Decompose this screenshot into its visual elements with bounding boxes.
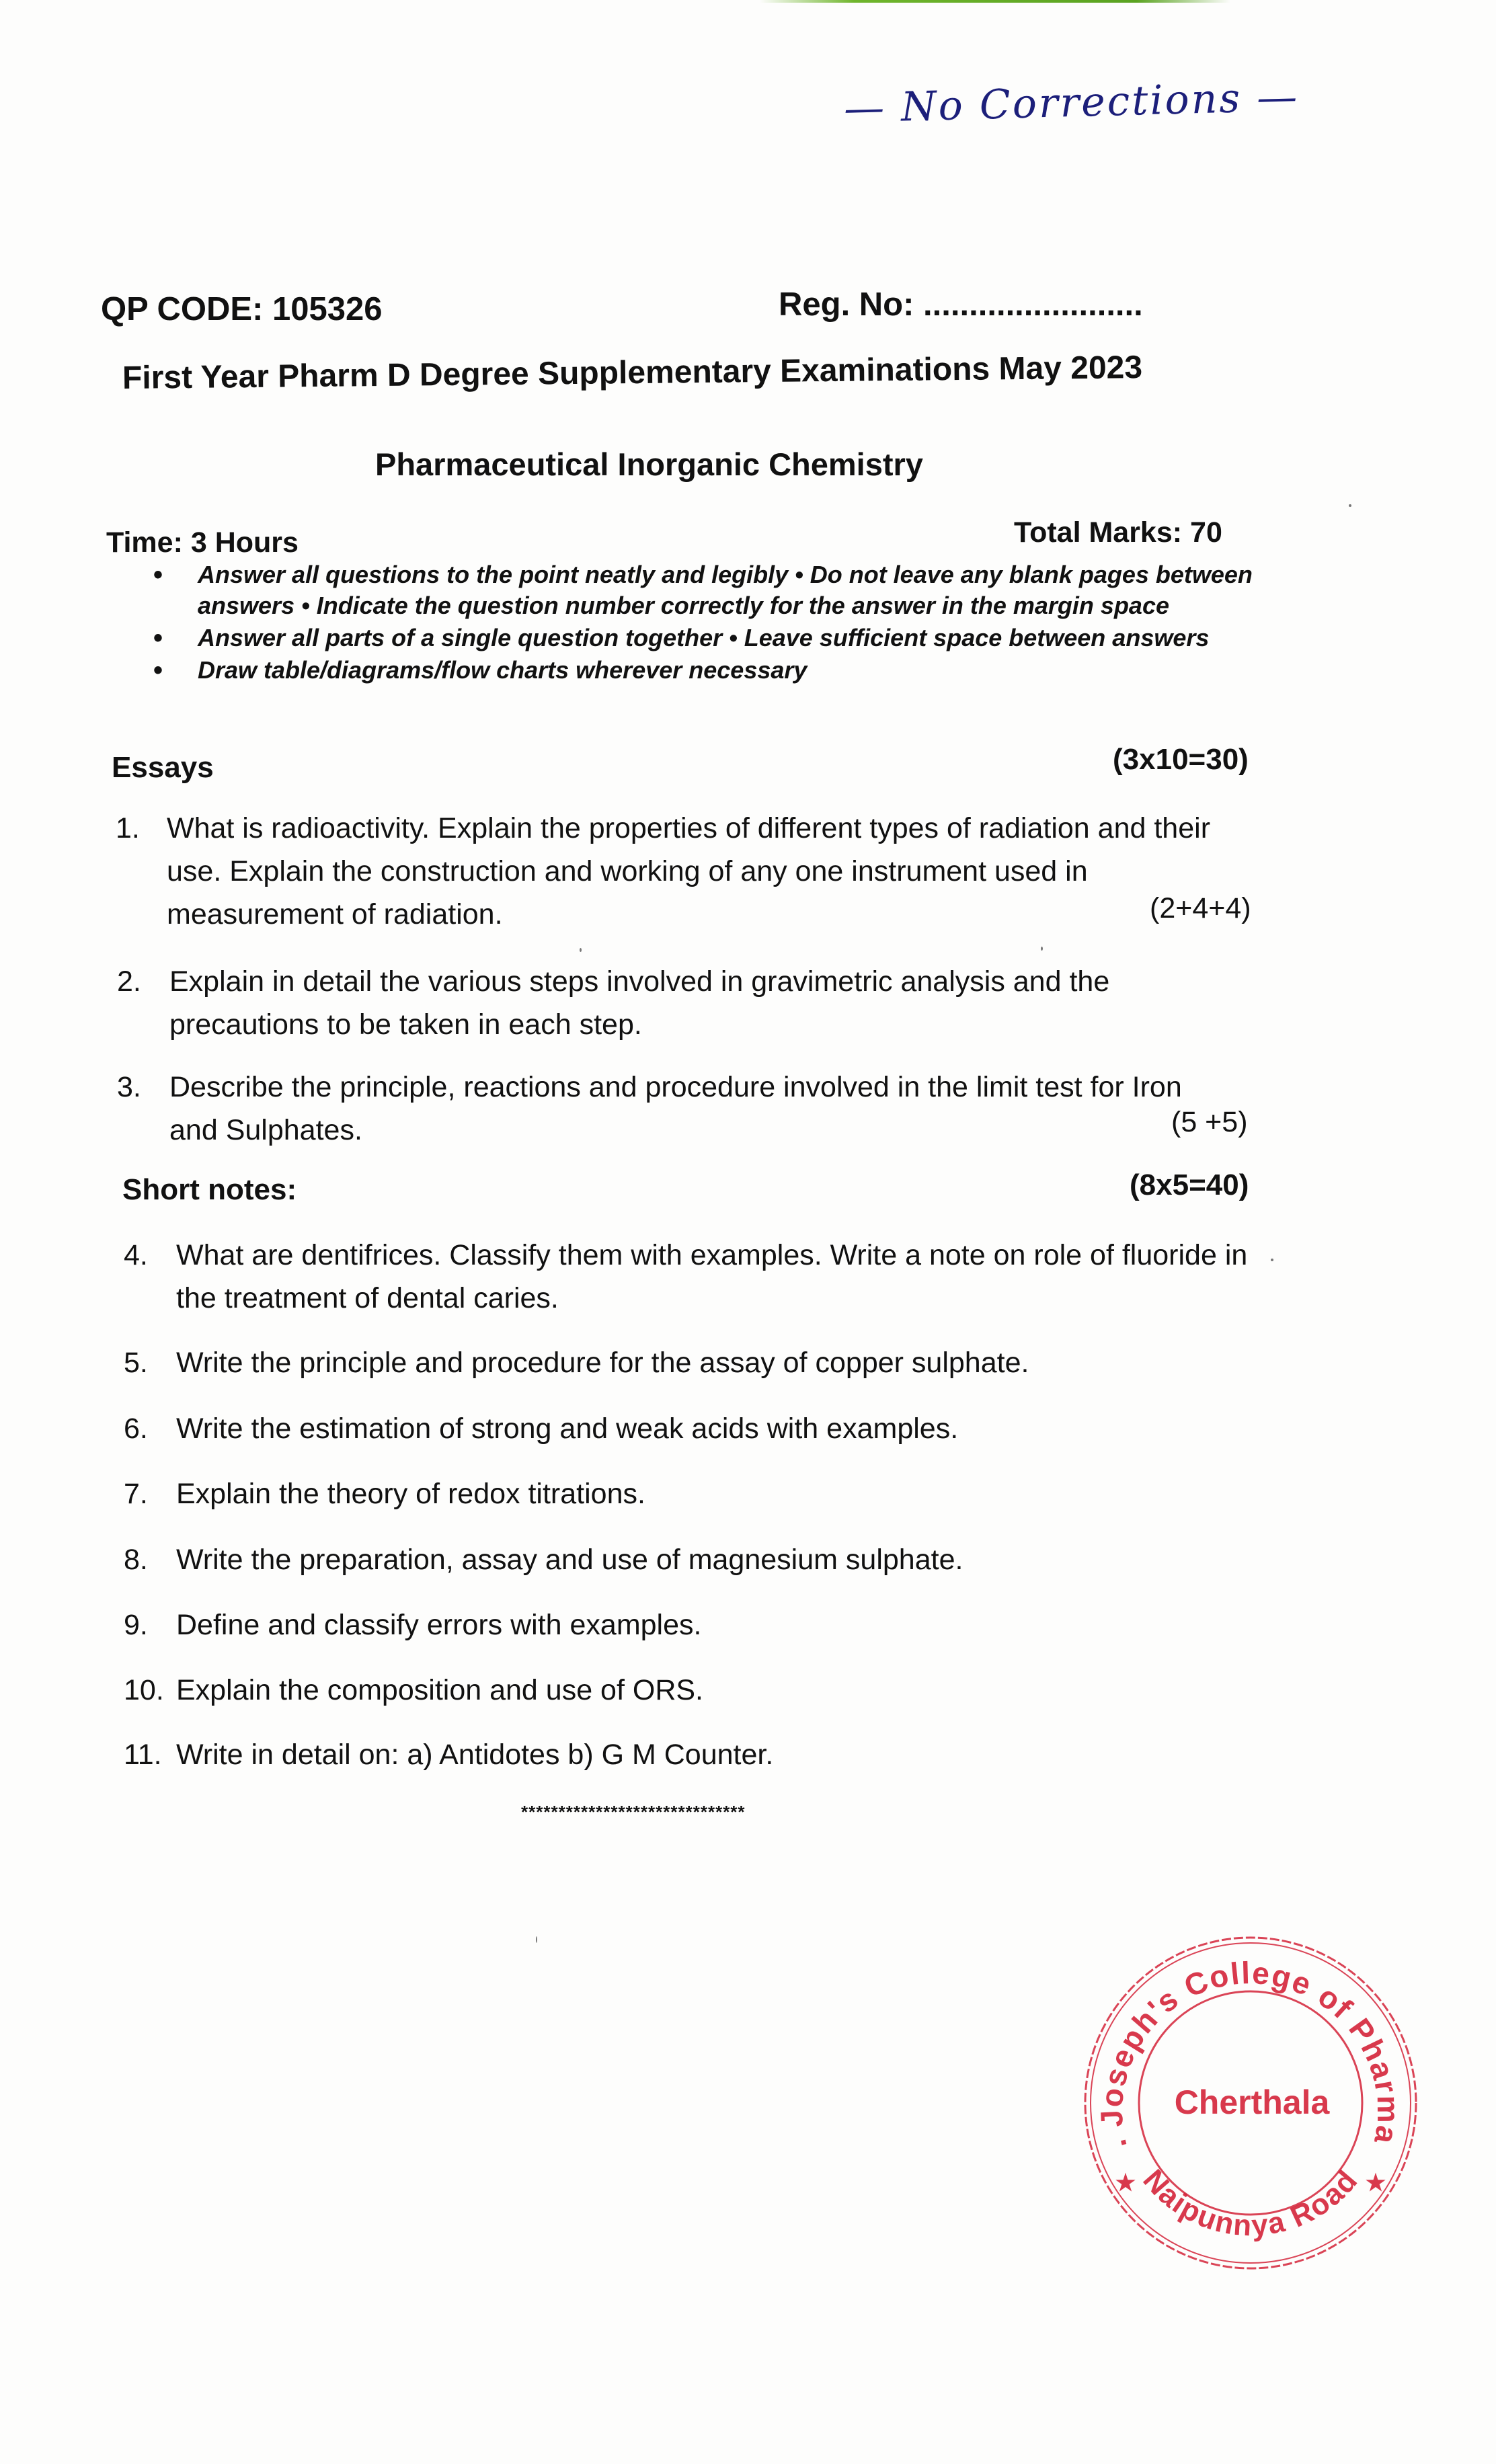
stamp-center-text: Cherthala xyxy=(1175,2083,1331,2121)
college-seal-stamp: St. Joseph's College of Pharmacy Naipunn… xyxy=(1076,1928,1425,2278)
instruction-item: Draw table/diagrams/flow charts wherever… xyxy=(153,655,1256,686)
short-notes-heading: Short notes: xyxy=(122,1173,297,1207)
star-icon: ★ xyxy=(1115,2170,1136,2196)
question-number: 2. xyxy=(117,960,141,1003)
exam-title: First Year Pharm D Degree Supplementary … xyxy=(122,349,1143,397)
star-icon: ★ xyxy=(1366,2170,1386,2196)
question-7: 7. Explain the theory of redox titration… xyxy=(124,1472,1267,1515)
essays-marks: (3x10=30) xyxy=(1113,743,1249,777)
question-text: Define and classify errors with examples… xyxy=(176,1603,1267,1646)
short-notes-marks: (8x5=40) xyxy=(1130,1168,1249,1202)
question-3: 3. Describe the principle, reactions and… xyxy=(117,1066,1247,1152)
question-text: What is radioactivity. Explain the prope… xyxy=(167,807,1216,936)
question-number: 4. xyxy=(124,1234,148,1277)
question-number: 5. xyxy=(124,1341,148,1384)
question-5: 5. Write the principle and procedure for… xyxy=(124,1341,1267,1384)
instruction-item: Answer all parts of a single question to… xyxy=(153,623,1256,653)
reg-no-field: Reg. No: ........................ xyxy=(779,286,1143,323)
question-number: 3. xyxy=(117,1066,141,1109)
subject-title: Pharmaceutical Inorganic Chemistry xyxy=(375,446,923,483)
question-2: 2. Explain in detail the various steps i… xyxy=(117,960,1206,1046)
question-4: 4. What are dentifrices. Classify them w… xyxy=(124,1234,1267,1320)
question-11: 11. Write in detail on: a) Antidotes b) … xyxy=(124,1733,1267,1776)
question-number: 8. xyxy=(124,1538,148,1581)
question-1: 1. What is radioactivity. Explain the pr… xyxy=(116,807,1252,936)
question-number: 6. xyxy=(124,1407,148,1450)
scan-speck xyxy=(1041,947,1043,951)
question-text: Describe the principle, reactions and pr… xyxy=(169,1066,1218,1152)
instructions-list: Answer all questions to the point neatly… xyxy=(153,559,1256,687)
question-1-marks: (2+4+4) xyxy=(1150,892,1251,925)
question-text: Explain the theory of redox titrations. xyxy=(176,1472,1267,1515)
question-number: 7. xyxy=(124,1472,148,1515)
exam-duration: Time: 3 Hours xyxy=(106,526,299,559)
question-text: Write in detail on: a) Antidotes b) G M … xyxy=(176,1733,1267,1776)
total-marks: Total Marks: 70 xyxy=(1014,516,1222,549)
question-3-marks: (5 +5) xyxy=(1171,1106,1248,1139)
question-number: 10. xyxy=(124,1669,164,1712)
question-number: 11. xyxy=(124,1733,162,1776)
scan-speck xyxy=(1271,1259,1273,1261)
end-of-paper-marker: ****************************** xyxy=(521,1802,746,1823)
question-10: 10. Explain the composition and use of O… xyxy=(124,1669,1267,1712)
top-edge-strip xyxy=(760,0,1230,3)
instruction-item: Answer all questions to the point neatly… xyxy=(153,559,1256,621)
essays-heading: Essays xyxy=(112,751,214,785)
question-text: Write the preparation, assay and use of … xyxy=(176,1538,1267,1581)
question-9: 9. Define and classify errors with examp… xyxy=(124,1603,1267,1646)
question-text: Explain in detail the various steps invo… xyxy=(169,960,1178,1046)
question-8: 8. Write the preparation, assay and use … xyxy=(124,1538,1267,1581)
handwritten-annotation: — No Corrections — xyxy=(843,73,1300,132)
question-text: Explain the composition and use of ORS. xyxy=(176,1669,1267,1712)
question-text: What are dentifrices. Classify them with… xyxy=(176,1234,1252,1320)
question-6: 6. Write the estimation of strong and we… xyxy=(124,1407,1267,1450)
question-number: 9. xyxy=(124,1603,148,1646)
stamp-bottom-text: Naipunnya Road xyxy=(1137,2163,1365,2243)
qp-code: QP CODE: 105326 xyxy=(101,290,383,328)
scan-speck xyxy=(536,1936,537,1943)
question-text: Write the principle and procedure for th… xyxy=(176,1341,1267,1384)
scan-speck xyxy=(580,948,582,952)
scan-speck xyxy=(1349,504,1351,507)
question-text: Write the estimation of strong and weak … xyxy=(176,1407,1267,1450)
question-number: 1. xyxy=(116,807,140,850)
